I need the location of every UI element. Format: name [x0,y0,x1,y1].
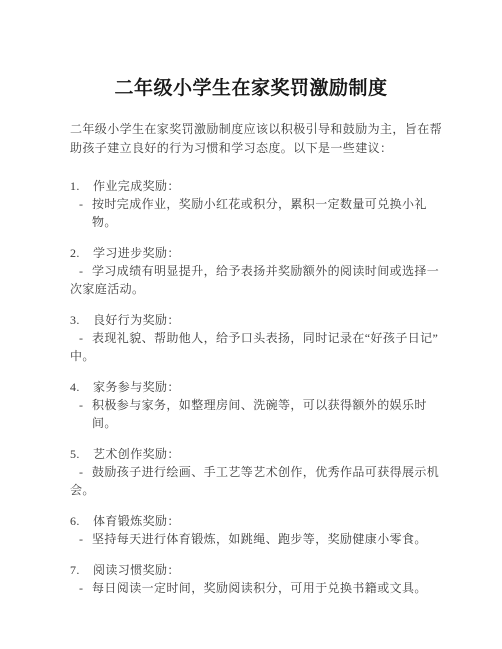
bullet-text: 表现礼貌、帮助他人，给予口头表扬，同时记录在“好孩子日记” [92,329,438,347]
item-heading: 7. 阅读习惯奖励： [70,561,446,579]
bullet-continuation: 会。 [70,481,446,499]
item-number: 4. [70,378,93,396]
bullet-text: 积极参与家务，如整理房间、洗碗等，可以获得额外的娱乐时间。 [92,396,446,432]
item-heading-text: 艺术创作奖励： [93,445,180,463]
intro-line: 二年级小学生在家奖罚激励制度应该以积极引导和鼓励为主，旨在帮 [70,120,444,139]
item-heading: 1. 作业完成奖励： [70,177,446,195]
item-heading-text: 阅读习惯奖励： [93,561,180,579]
item-number: 7. [70,561,93,579]
item-heading: 5. 艺术创作奖励： [70,445,446,463]
document-page: 二年级小学生在家奖罚激励制度 二年级小学生在家奖罚激励制度应该以积极引导和鼓励为… [0,0,502,649]
bullet-dash: - [79,195,92,231]
bullet-text: 每日阅读一定时间，奖励阅读积分，可用于兑换书籍或文具。 [92,579,427,597]
item-heading-text: 体育锻炼奖励： [93,512,180,530]
list-item: 2. 学习进步奖励： - 学习成绩有明显提升，给予表扬并奖励额外的阅读时间或选择… [70,244,446,298]
item-heading-text: 家务参与奖励： [93,378,180,396]
bullet-text: 鼓励孩子进行绘画、手工艺等艺术创作，优秀作品可获得展示机 [92,463,439,481]
intro-paragraph: 二年级小学生在家奖罚激励制度应该以积极引导和鼓励为主，旨在帮 助孩子建立良好的行… [70,120,444,158]
item-bullet: - 学习成绩有明显提升，给予表扬并奖励额外的阅读时间或选择一 [70,262,446,280]
page-title: 二年级小学生在家奖罚激励制度 [0,0,502,102]
intro-line: 助孩子建立良好的行为习惯和学习态度。以下是一些建议： [70,139,444,158]
reward-list: 1. 作业完成奖励： - 按时完成作业，奖励小红花或积分，累积一定数量可兑换小礼… [70,177,446,597]
list-item: 3. 良好行为奖励： - 表现礼貌、帮助他人，给予口头表扬，同时记录在“好孩子日… [70,311,446,365]
item-bullet: - 鼓励孩子进行绘画、手工艺等艺术创作，优秀作品可获得展示机 [70,463,446,481]
bullet-text: 按时完成作业，奖励小红花或积分，累积一定数量可兑换小礼物。 [92,195,446,231]
item-number: 6. [70,512,93,530]
list-item: 4. 家务参与奖励： - 积极参与家务，如整理房间、洗碗等，可以获得额外的娱乐时… [70,378,446,432]
bullet-dash: - [79,396,92,432]
item-heading: 2. 学习进步奖励： [70,244,446,262]
bullet-dash: - [79,463,92,481]
list-item: 5. 艺术创作奖励： - 鼓励孩子进行绘画、手工艺等艺术创作，优秀作品可获得展示… [70,445,446,499]
item-number: 1. [70,177,93,195]
item-heading: 4. 家务参与奖励： [70,378,446,396]
bullet-dash: - [79,329,92,347]
item-number: 3. [70,311,93,329]
item-bullet: - 按时完成作业，奖励小红花或积分，累积一定数量可兑换小礼物。 [70,195,446,231]
item-bullet: - 积极参与家务，如整理房间、洗碗等，可以获得额外的娱乐时间。 [70,396,446,432]
bullet-text: 坚持每天进行体育锻炼，如跳绳、跑步等，奖励健康小零食。 [92,530,427,548]
item-number: 5. [70,445,93,463]
item-heading-text: 学习进步奖励： [93,244,180,262]
bullet-text: 学习成绩有明显提升，给予表扬并奖励额外的阅读时间或选择一 [92,262,439,280]
bullet-dash: - [79,262,92,280]
item-heading-text: 作业完成奖励： [93,177,180,195]
bullet-continuation: 中。 [70,347,446,365]
list-item: 1. 作业完成奖励： - 按时完成作业，奖励小红花或积分，累积一定数量可兑换小礼… [70,177,446,231]
item-heading: 6. 体育锻炼奖励： [70,512,446,530]
list-item: 6. 体育锻炼奖励： - 坚持每天进行体育锻炼，如跳绳、跑步等，奖励健康小零食。 [70,512,446,548]
item-bullet: - 坚持每天进行体育锻炼，如跳绳、跑步等，奖励健康小零食。 [70,530,446,548]
bullet-continuation: 次家庭活动。 [70,280,446,298]
item-heading: 3. 良好行为奖励： [70,311,446,329]
item-number: 2. [70,244,93,262]
item-bullet: - 每日阅读一定时间，奖励阅读积分，可用于兑换书籍或文具。 [70,579,446,597]
item-bullet: - 表现礼貌、帮助他人，给予口头表扬，同时记录在“好孩子日记” [70,329,446,347]
bullet-dash: - [79,579,92,597]
bullet-dash: - [79,530,92,548]
list-item: 7. 阅读习惯奖励： - 每日阅读一定时间，奖励阅读积分，可用于兑换书籍或文具。 [70,561,446,597]
item-heading-text: 良好行为奖励： [93,311,180,329]
